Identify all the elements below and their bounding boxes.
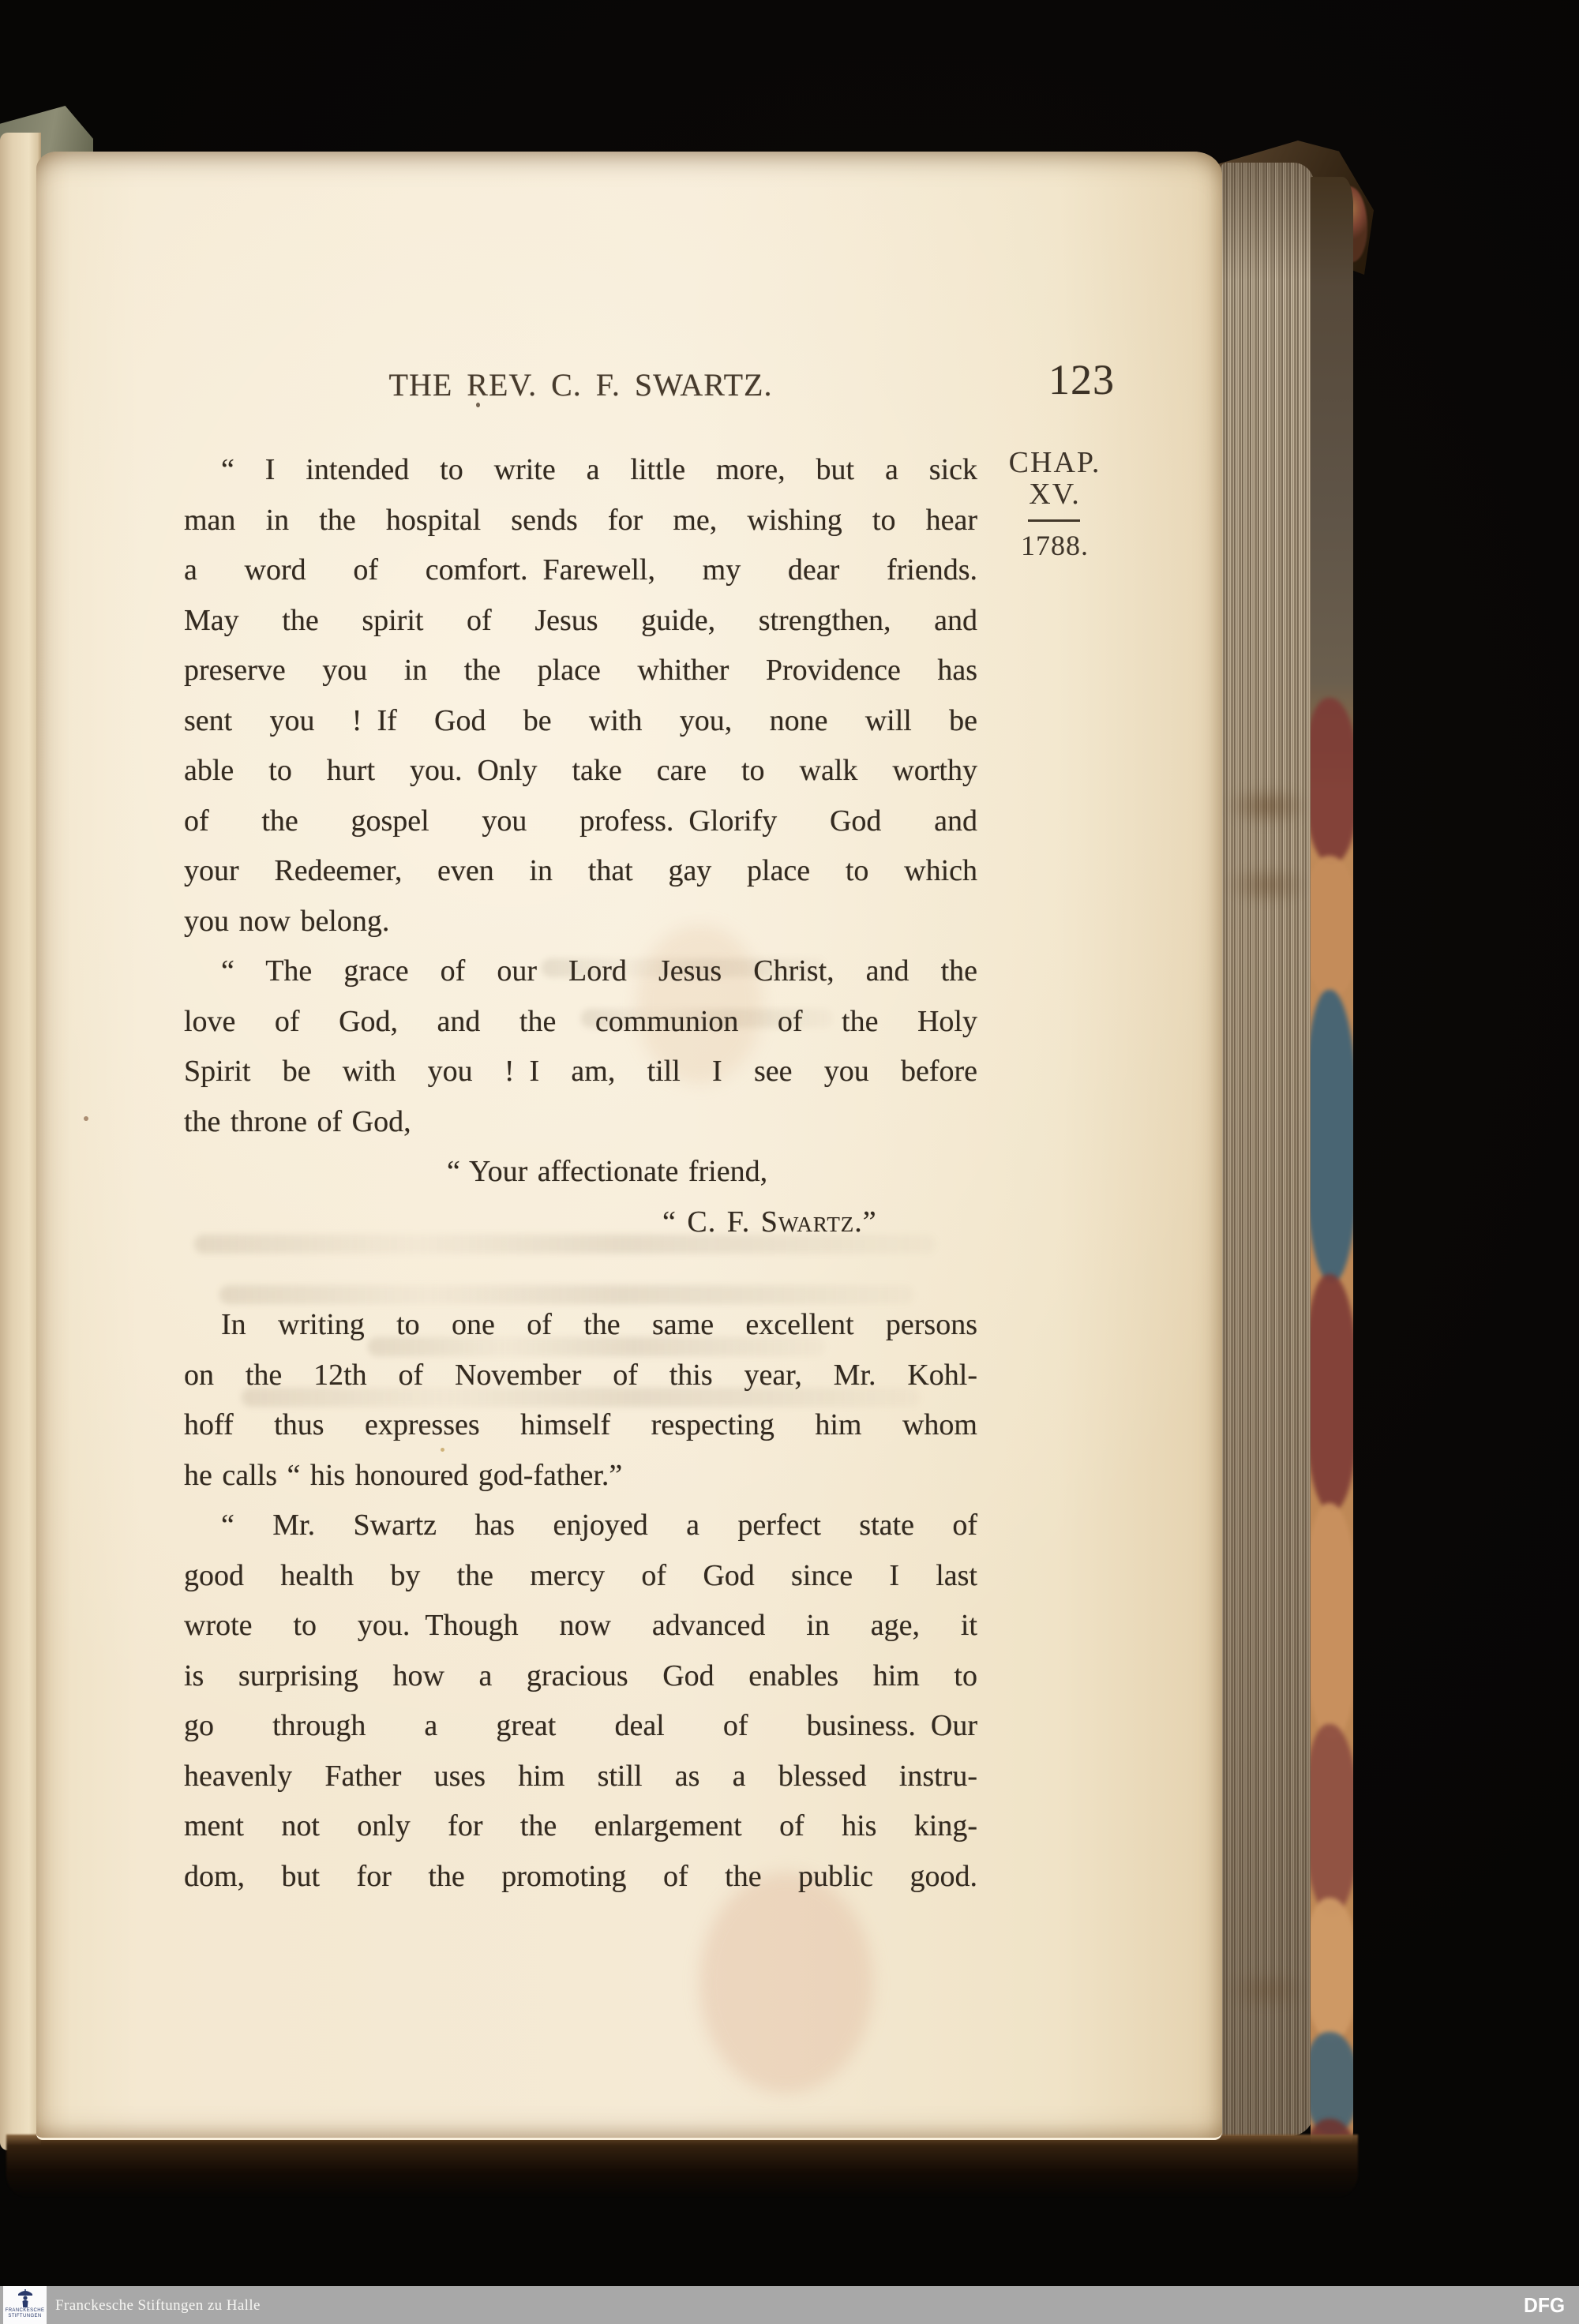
facing-page-gutter-edge (0, 133, 41, 2150)
marble-blob-red (1311, 1274, 1353, 1511)
marble-blob-maroon (1311, 1724, 1353, 1914)
text-line: your Redeemer, even in that gay place to… (184, 851, 977, 890)
text-line: on the 12th of November of this year, Mr… (184, 1355, 977, 1395)
logo-text-line2: STIFTUNGEN (8, 2314, 41, 2319)
text-line: love of God, and the communion of the Ho… (184, 1002, 977, 1041)
text-line: dom, but for the promoting of the public… (184, 1857, 977, 1896)
text-line: able to hurt you. Only take care to walk… (184, 751, 977, 790)
dfg-logo: DFG (1524, 2286, 1565, 2324)
text-line: “ Your affectionate friend, (184, 1152, 977, 1191)
text-line: is surprising how a gracious God enables… (184, 1656, 977, 1696)
paper-speck (84, 1116, 88, 1121)
text-line: wrote to you. Though now advanced in age… (184, 1606, 977, 1645)
margin-rule (1028, 519, 1080, 522)
text-line: the throne of God, (184, 1102, 977, 1141)
institution-logo: FRANCKESCHE STIFTUNGEN (3, 2286, 47, 2324)
book-bottom-shadow (6, 2135, 1358, 2198)
institution-name: Franckesche Stiftungen zu Halle (55, 2286, 261, 2324)
text-line: good health by the mercy of God since I … (184, 1556, 977, 1595)
francke-figure-icon (16, 2288, 35, 2308)
fore-edge-smudge (1221, 1962, 1314, 2018)
text-line: a word of comfort. Farewell, my dear fri… (184, 550, 977, 590)
fore-edge-smudge (1221, 778, 1314, 834)
text-line: sent you ! If God be with you, none will… (184, 701, 977, 740)
paper-speck (441, 1448, 444, 1452)
marble-blob-red (1311, 698, 1353, 864)
page-block-fore-edge (1221, 163, 1314, 2136)
text-line: he calls “ his honoured god-father.” (184, 1456, 977, 1495)
footer-bar: FRANCKESCHE STIFTUNGEN Franckesche Stift… (0, 2286, 1579, 2324)
paper-stain (699, 1872, 873, 2093)
margin-chapter-label: CHAP. (1001, 445, 1108, 480)
text-line: “ C. F. Swartz.” (184, 1202, 977, 1242)
text-line: May the spirit of Jesus guide, strengthe… (184, 601, 977, 640)
text-line: hoff thus expresses himself respecting h… (184, 1405, 977, 1445)
book-page: THE REV. C. F. SWARTZ. 123 CHAP. XV. 178… (36, 152, 1222, 2140)
running-header: THE REV. C. F. SWARTZ. (184, 366, 977, 403)
text-line: In writing to one of the same excellent … (184, 1305, 977, 1344)
margin-year: 1788. (1001, 529, 1108, 562)
book-scan: THE REV. C. F. SWARTZ. 123 CHAP. XV. 178… (0, 0, 1579, 2324)
page-number: 123 (1048, 355, 1115, 404)
text-line: “ Mr. Swartz has enjoyed a perfect state… (184, 1505, 977, 1545)
text-line: of the gospel you profess. Glorify God a… (184, 801, 977, 841)
marble-blob-tan (1311, 1898, 1353, 2040)
fore-edge-smudge (1221, 857, 1314, 913)
text-line: “ I intended to write a little more, but… (184, 450, 977, 489)
text-line: Spirit be with you ! I am, till I see yo… (184, 1051, 977, 1091)
marble-blob-tan (1311, 1503, 1353, 1740)
marble-blob-tan (1311, 856, 1353, 998)
text-line: “ The grace of our Lord Jesus Christ, an… (184, 951, 977, 991)
marbled-cover-edge (1311, 177, 1353, 2166)
show-through-line (219, 1285, 914, 1304)
marble-blob-blue (1311, 990, 1353, 1282)
logo-text-line1: FRANCKESCHE (6, 2308, 45, 2314)
text-line: heavenly Father uses him still as a bles… (184, 1756, 977, 1796)
text-line: ment not only for the enlargement of his… (184, 1806, 977, 1846)
margin-chapter-number: XV. (1001, 477, 1108, 512)
text-line: preserve you in the place whither Provid… (184, 650, 977, 690)
text-line: you now belong. (184, 901, 977, 941)
text-line: man in the hospital sends for me, wishin… (184, 500, 977, 540)
text-line: go through a great deal of business. Our (184, 1706, 977, 1745)
